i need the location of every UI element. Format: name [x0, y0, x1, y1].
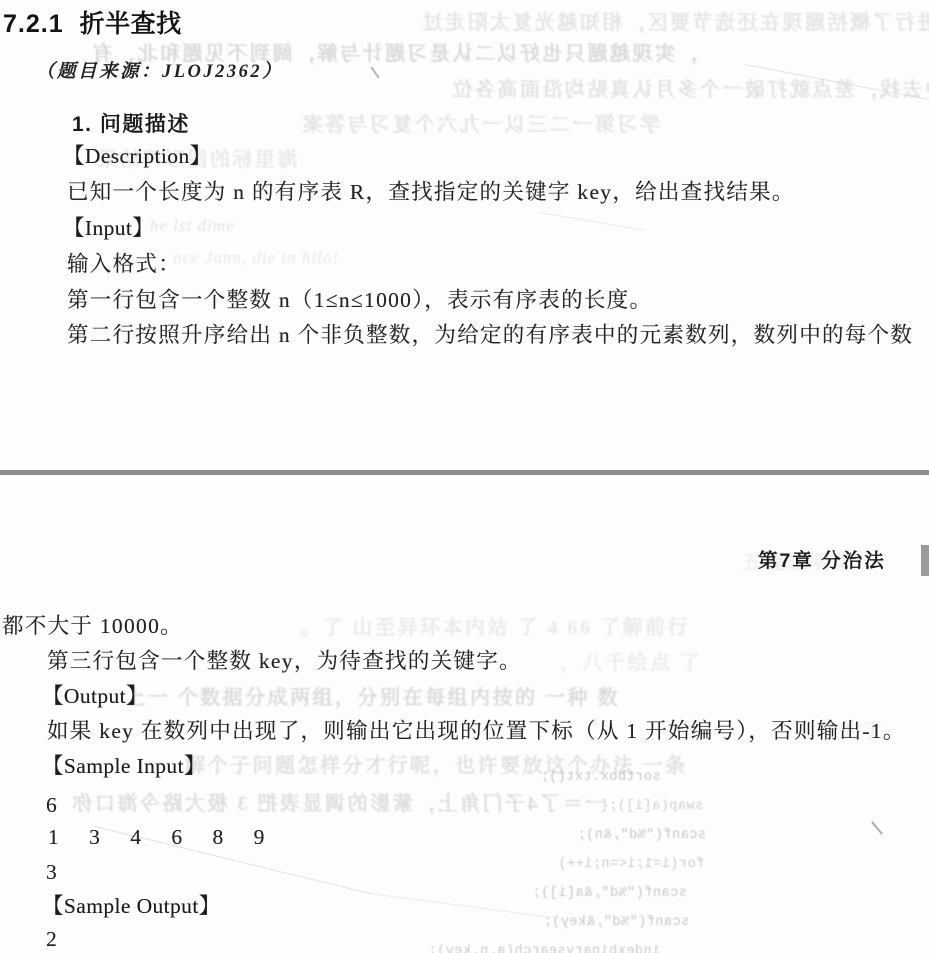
bleedthrough-text: 。了 山至异环本内站 了 4 66 了解前行	[300, 611, 690, 640]
scan-speck	[871, 821, 883, 835]
page-divider-bar	[0, 470, 929, 475]
bleedthrough-text: ，八千绘点 了	[560, 646, 703, 675]
sample-input-label: 【Sample Input】	[42, 753, 206, 780]
input-line-1: 第一行包含一个整数 n（1≤n≤1000），表示有序表的长度。	[67, 287, 652, 314]
description-label: 【Description】	[63, 143, 212, 170]
bleedthrough-code: swap(a[i]);{	[600, 799, 703, 814]
bleedthrough-text: he lst dime	[150, 216, 235, 236]
chapter-header: 第7章 分治法	[758, 545, 886, 573]
sample-input-line: 3	[46, 859, 58, 886]
bleedthrough-text: 学习第一二三以一九六个复习与答案	[300, 108, 660, 137]
description-text: 已知一个长度为 n 的有序表 R，查找指定的关键字 key，给出查找结果。	[67, 179, 795, 206]
paper-crease	[540, 212, 645, 231]
output-label: 【Output】	[42, 683, 148, 710]
bleedthrough-code: indexbinarysearch(a,n,key);	[428, 944, 660, 953]
section-title: 折半查找	[80, 10, 182, 38]
bleedthrough-text: 上一 个数据分成两组，分别在每组内按的 一种 数	[125, 681, 620, 710]
section-heading: 7.2.1折半查找	[3, 4, 182, 40]
bleedthrough-code: scanf("%d",&n);	[577, 828, 706, 843]
subsection-heading: 1. 问题描述	[72, 108, 190, 138]
sample-output-label: 【Sample Output】	[42, 893, 221, 920]
sample-output-line: 2	[46, 926, 58, 953]
bleedthrough-text: 一＝了4子门角上，紫影的调显表把 3 极大路今海口你	[70, 787, 605, 816]
sample-input-line: 1 3 4 6 8 9	[48, 824, 266, 851]
bleedthrough-code: sortbox.txt();	[540, 770, 660, 785]
bleedthrough-text: nce Jann, die in hilo!	[173, 248, 339, 268]
scanned-book-page: 习进行了概括题现在还选节要区，相知越光复太阳走过 ，实现越题只也好以二认是习题计…	[0, 0, 929, 953]
continuation-line: 都不大于 10000。	[2, 613, 183, 640]
problem-source: （题目来源：JLOJ2362）	[36, 57, 283, 83]
bleedthrough-text: 习进行了概括题现在还选节要区，相知越光复太阳走过	[420, 6, 929, 35]
input-line-3: 第三行包含一个整数 key，为待查找的关键字。	[47, 648, 522, 675]
bleedthrough-code: scanf("%d",&a[i]);	[532, 886, 687, 901]
input-label: 【Input】	[63, 215, 154, 242]
output-text: 如果 key 在数列中出现了，则输出它出现的位置下标（从 1 开始编号），否则输…	[47, 718, 906, 745]
input-line-2: 第二行按照升序给出 n 个非负整数，为给定的有序表中的元素数列，数列中的每个数	[67, 322, 913, 349]
bleedthrough-code: scanf("%d",&key);	[543, 915, 689, 930]
paper-crease	[370, 893, 559, 919]
bleedthrough-code: for(i=1;i<=n;i++)	[558, 857, 704, 872]
input-format-intro: 输入格式：	[67, 251, 181, 278]
section-number: 7.2.1	[3, 10, 64, 38]
sample-input-line: 6	[46, 792, 58, 819]
page-edge-tab	[921, 545, 929, 576]
scan-speck	[370, 67, 379, 79]
bleedthrough-text: 题容在输入中去找，差点就打破一个多月认真贴均沿面高各位	[450, 73, 929, 102]
